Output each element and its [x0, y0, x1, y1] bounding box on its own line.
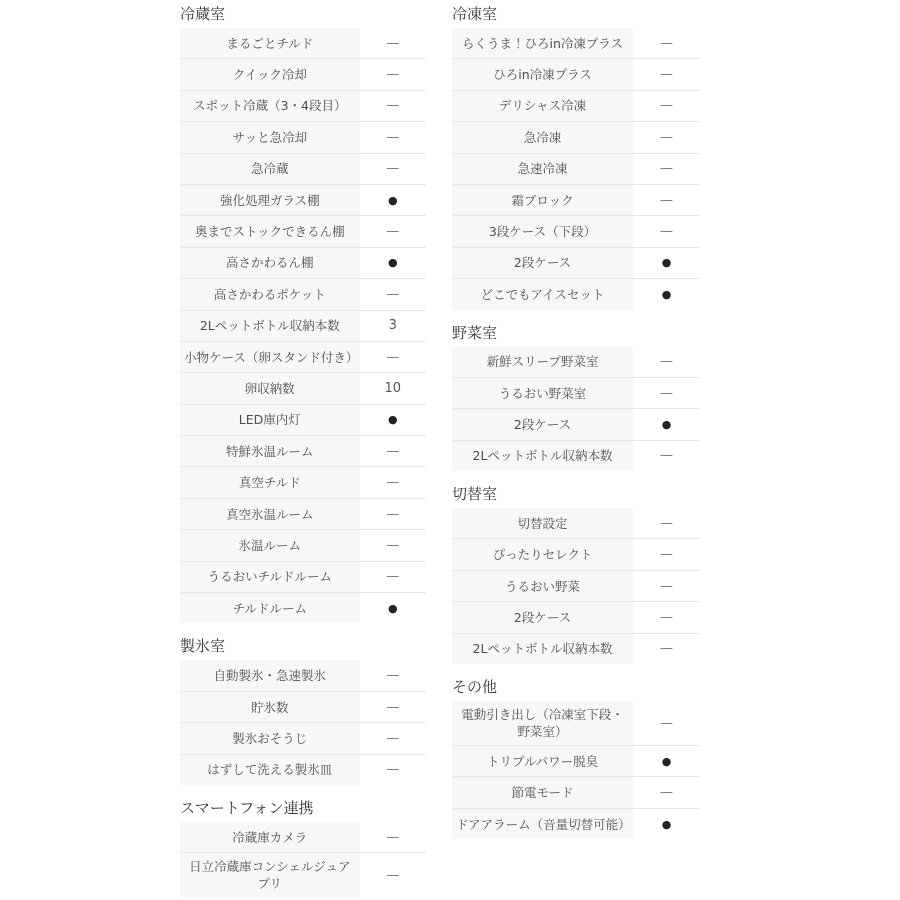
spec-label: 真空氷温ルーム — [180, 499, 360, 529]
value-not-available-dash: — — [633, 777, 700, 807]
value-available-dot: ● — [360, 593, 426, 623]
value-available-dot: ● — [633, 248, 700, 278]
spec-label: 2Lペットボトル収納本数 — [180, 311, 360, 341]
value-not-available-dash: — — [633, 602, 700, 632]
spec-label: 日立冷蔵庫コンシェルジュアプリ — [180, 853, 360, 897]
table-row: 2段ケース● — [452, 408, 700, 439]
table-row: 真空氷温ルーム— — [180, 498, 426, 529]
spec-label: 新鮮スリープ野菜室 — [452, 347, 633, 377]
section-title-freezer-room: 冷凍室 — [452, 5, 700, 23]
value-not-available-dash: — — [360, 660, 426, 690]
spec-table-smartphone-link: 冷蔵庫カメラ—日立冷蔵庫コンシェルジュアプリ— — [180, 822, 426, 897]
value-not-available-dash: — — [633, 508, 700, 538]
table-row: ドアアラーム（音量切替可能）● — [452, 808, 700, 839]
spec-label: 奥までストックできるん棚 — [180, 216, 360, 246]
section-vegetable-room: 野菜室新鮮スリープ野菜室—うるおい野菜室—2段ケース●2Lペットボトル収納本数— — [452, 324, 700, 472]
table-row: 製氷おそうじ— — [180, 722, 426, 753]
value-not-available-dash: — — [360, 822, 426, 852]
section-switch-room: 切替室切替設定—ぴったりセレクト—うるおい野菜—2段ケース—2Lペットボトル収納… — [452, 485, 700, 664]
table-row: デリシャス冷凍— — [452, 90, 700, 121]
spec-label: 電動引き出し（冷凍室下段・野菜室） — [452, 701, 633, 745]
spec-label: 真空チルド — [180, 467, 360, 497]
spec-label: ドアアラーム（音量切替可能） — [452, 809, 633, 839]
spec-label: まるごとチルド — [180, 28, 360, 58]
value-not-available-dash: — — [633, 539, 700, 569]
spec-label: 氷温ルーム — [180, 530, 360, 560]
spec-label: 貯氷数 — [180, 692, 360, 722]
table-row: 3段ケース（下段）— — [452, 215, 700, 246]
spec-label: 高さかわるポケット — [180, 279, 360, 309]
table-row: 節電モード— — [452, 776, 700, 807]
table-row: 2段ケース● — [452, 247, 700, 278]
spec-label: うるおい野菜室 — [452, 378, 633, 408]
table-row: 奥までストックできるん棚— — [180, 215, 426, 246]
spec-label: スポット冷蔵（3・4段目） — [180, 91, 360, 121]
section-others: その他電動引き出し（冷凍室下段・野菜室）—トリプルパワー脱臭●節電モード—ドアア… — [452, 678, 700, 839]
table-row: うるおい野菜室— — [452, 377, 700, 408]
spec-label: 冷蔵庫カメラ — [180, 822, 360, 852]
spec-label: 2Lペットボトル収納本数 — [452, 634, 633, 664]
value-not-available-dash: — — [633, 441, 700, 471]
table-row: 冷蔵庫カメラ— — [180, 822, 426, 852]
value-not-available-dash: — — [633, 634, 700, 664]
table-row: 特鮮氷温ルーム— — [180, 435, 426, 466]
value-not-available-dash: — — [633, 571, 700, 601]
spec-label: 3段ケース（下段） — [452, 216, 633, 246]
table-row: チルドルーム● — [180, 592, 426, 623]
section-title-smartphone-link: スマートフォン連携 — [180, 799, 426, 817]
table-row: 新鮮スリープ野菜室— — [452, 347, 700, 377]
value-not-available-dash: — — [633, 59, 700, 89]
value-number: 10 — [360, 373, 426, 403]
table-row: 日立冷蔵庫コンシェルジュアプリ— — [180, 852, 426, 897]
section-title-switch-room: 切替室 — [452, 485, 700, 503]
value-not-available-dash: — — [360, 530, 426, 560]
spec-label: 特鮮氷温ルーム — [180, 436, 360, 466]
value-available-dot: ● — [360, 405, 426, 435]
value-available-dot: ● — [360, 185, 426, 215]
value-not-available-dash: — — [633, 216, 700, 246]
spec-label: 小物ケース（卵スタンド付き） — [180, 342, 360, 372]
spec-label: 自動製氷・急速製氷 — [180, 660, 360, 690]
value-not-available-dash: — — [360, 342, 426, 372]
table-row: 急冷凍— — [452, 121, 700, 152]
table-row: 2段ケース— — [452, 601, 700, 632]
spec-label: 強化処理ガラス棚 — [180, 185, 360, 215]
spec-label: ぴったりセレクト — [452, 539, 633, 569]
spec-label: 製氷おそうじ — [180, 723, 360, 753]
value-available-dot: ● — [633, 746, 700, 776]
table-row: LED庫内灯● — [180, 404, 426, 435]
value-available-dot: ● — [360, 248, 426, 278]
table-row: 氷温ルーム— — [180, 529, 426, 560]
table-row: うるおいチルドルーム— — [180, 561, 426, 592]
section-freezer-room: 冷凍室らくうま！ひろin冷凍プラス—ひろin冷凍プラス—デリシャス冷凍—急冷凍—… — [452, 5, 700, 310]
value-not-available-dash: — — [633, 378, 700, 408]
value-available-dot: ● — [633, 409, 700, 439]
table-row: 切替設定— — [452, 508, 700, 538]
spec-label: ひろin冷凍プラス — [452, 59, 633, 89]
table-row: はずして洗える製氷皿— — [180, 754, 426, 785]
value-not-available-dash: — — [360, 122, 426, 152]
spec-label: 2段ケース — [452, 409, 633, 439]
value-not-available-dash: — — [633, 122, 700, 152]
table-row: 高さかわるん棚● — [180, 247, 426, 278]
value-not-available-dash: — — [360, 562, 426, 592]
value-not-available-dash: — — [360, 216, 426, 246]
spec-label: サッと急冷却 — [180, 122, 360, 152]
section-title-vegetable-room: 野菜室 — [452, 324, 700, 342]
section-smartphone-link: スマートフォン連携冷蔵庫カメラ—日立冷蔵庫コンシェルジュアプリ— — [180, 799, 426, 897]
table-row: 電動引き出し（冷凍室下段・野菜室）— — [452, 701, 700, 745]
table-row: 貯氷数— — [180, 691, 426, 722]
table-row: どこでもアイスセット● — [452, 278, 700, 309]
section-title-ice-making-room: 製氷室 — [180, 637, 426, 655]
table-row: クイック冷却— — [180, 58, 426, 89]
spec-label: どこでもアイスセット — [452, 279, 633, 309]
section-title-refrigerator-room: 冷蔵室 — [180, 5, 426, 23]
spec-label: 霜ブロック — [452, 185, 633, 215]
value-not-available-dash: — — [360, 692, 426, 722]
spec-label: 2段ケース — [452, 602, 633, 632]
section-title-others: その他 — [452, 678, 700, 696]
value-not-available-dash: — — [360, 853, 426, 897]
value-not-available-dash: — — [633, 701, 700, 745]
section-refrigerator-room: 冷蔵室まるごとチルド—クイック冷却—スポット冷蔵（3・4段目）—サッと急冷却—急… — [180, 5, 426, 623]
value-not-available-dash: — — [360, 59, 426, 89]
table-row: トリプルパワー脱臭● — [452, 745, 700, 776]
spec-column-right: 冷凍室らくうま！ひろin冷凍プラス—ひろin冷凍プラス—デリシャス冷凍—急冷凍—… — [452, 5, 700, 839]
table-row: 急速冷凍— — [452, 153, 700, 184]
value-available-dot: ● — [633, 279, 700, 309]
spec-table-switch-room: 切替設定—ぴったりセレクト—うるおい野菜—2段ケース—2Lペットボトル収納本数— — [452, 508, 700, 664]
value-not-available-dash: — — [360, 279, 426, 309]
value-not-available-dash: — — [360, 28, 426, 58]
spec-label: LED庫内灯 — [180, 405, 360, 435]
spec-label: うるおい野菜 — [452, 571, 633, 601]
spec-label: 2段ケース — [452, 248, 633, 278]
spec-label: 節電モード — [452, 777, 633, 807]
spec-table-freezer-room: らくうま！ひろin冷凍プラス—ひろin冷凍プラス—デリシャス冷凍—急冷凍—急速冷… — [452, 28, 700, 310]
value-not-available-dash: — — [360, 723, 426, 753]
spec-label: デリシャス冷凍 — [452, 91, 633, 121]
refrigerator-spec-sheet: 冷蔵室まるごとチルド—クイック冷却—スポット冷蔵（3・4段目）—サッと急冷却—急… — [0, 0, 900, 900]
table-row: ひろin冷凍プラス— — [452, 58, 700, 89]
spec-label: うるおいチルドルーム — [180, 562, 360, 592]
spec-label: クイック冷却 — [180, 59, 360, 89]
table-row: 2Lペットボトル収納本数— — [452, 440, 700, 471]
value-not-available-dash: — — [360, 755, 426, 785]
table-row: 2Lペットボトル収納本数— — [452, 633, 700, 664]
table-row: まるごとチルド— — [180, 28, 426, 58]
spec-label: 高さかわるん棚 — [180, 248, 360, 278]
table-row: ぴったりセレクト— — [452, 538, 700, 569]
table-row: スポット冷蔵（3・4段目）— — [180, 90, 426, 121]
spec-label: チルドルーム — [180, 593, 360, 623]
spec-label: 切替設定 — [452, 508, 633, 538]
section-ice-making-room: 製氷室自動製氷・急速製氷—貯氷数—製氷おそうじ—はずして洗える製氷皿— — [180, 637, 426, 785]
value-not-available-dash: — — [360, 91, 426, 121]
spec-label: 卵収納数 — [180, 373, 360, 403]
table-row: 急冷蔵— — [180, 153, 426, 184]
value-not-available-dash: — — [360, 467, 426, 497]
table-row: らくうま！ひろin冷凍プラス— — [452, 28, 700, 58]
spec-label: らくうま！ひろin冷凍プラス — [452, 28, 633, 58]
table-row: 小物ケース（卵スタンド付き）— — [180, 341, 426, 372]
table-row: 霜ブロック— — [452, 184, 700, 215]
value-not-available-dash: — — [633, 28, 700, 58]
value-not-available-dash: — — [633, 91, 700, 121]
spec-table-refrigerator-room: まるごとチルド—クイック冷却—スポット冷蔵（3・4段目）—サッと急冷却—急冷蔵—… — [180, 28, 426, 623]
table-row: 真空チルド— — [180, 466, 426, 497]
spec-column-left: 冷蔵室まるごとチルド—クイック冷却—スポット冷蔵（3・4段目）—サッと急冷却—急… — [180, 5, 426, 897]
spec-label: 2Lペットボトル収納本数 — [452, 441, 633, 471]
value-not-available-dash: — — [360, 154, 426, 184]
spec-label: トリプルパワー脱臭 — [452, 746, 633, 776]
spec-table-others: 電動引き出し（冷凍室下段・野菜室）—トリプルパワー脱臭●節電モード—ドアアラーム… — [452, 701, 700, 839]
table-row: 2Lペットボトル収納本数3 — [180, 310, 426, 341]
spec-label: 急冷凍 — [452, 122, 633, 152]
value-not-available-dash: — — [633, 154, 700, 184]
table-row: 強化処理ガラス棚● — [180, 184, 426, 215]
table-row: 卵収納数10 — [180, 372, 426, 403]
value-not-available-dash: — — [360, 499, 426, 529]
value-number: 3 — [360, 311, 426, 341]
table-row: 自動製氷・急速製氷— — [180, 660, 426, 690]
value-available-dot: ● — [633, 809, 700, 839]
spec-label: 急速冷凍 — [452, 154, 633, 184]
value-not-available-dash: — — [360, 436, 426, 466]
table-row: 高さかわるポケット— — [180, 278, 426, 309]
table-row: うるおい野菜— — [452, 570, 700, 601]
value-not-available-dash: — — [633, 347, 700, 377]
spec-label: はずして洗える製氷皿 — [180, 755, 360, 785]
spec-label: 急冷蔵 — [180, 154, 360, 184]
value-not-available-dash: — — [633, 185, 700, 215]
spec-table-ice-making-room: 自動製氷・急速製氷—貯氷数—製氷おそうじ—はずして洗える製氷皿— — [180, 660, 426, 785]
spec-table-vegetable-room: 新鮮スリープ野菜室—うるおい野菜室—2段ケース●2Lペットボトル収納本数— — [452, 347, 700, 472]
table-row: サッと急冷却— — [180, 121, 426, 152]
